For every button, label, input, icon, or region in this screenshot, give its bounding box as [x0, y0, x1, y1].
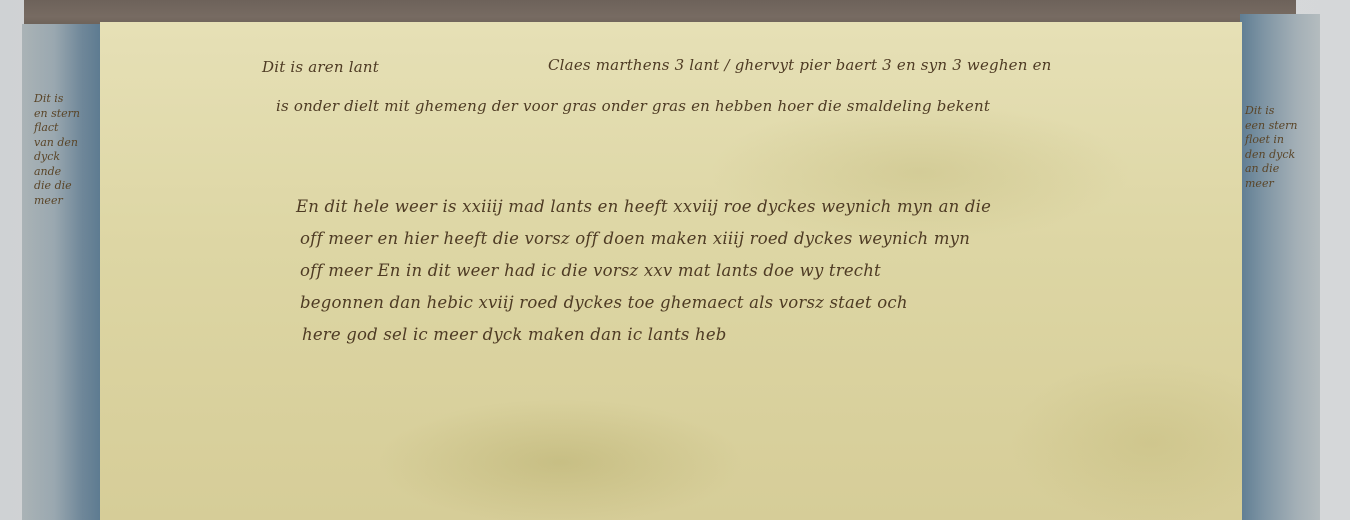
- body-line-1: En dit hele weer is xxiiij mad lants en …: [296, 197, 991, 216]
- left-margin-note: Dit is en stern flact van den dyck ande …: [34, 92, 80, 208]
- left-margin-line: ande: [34, 165, 80, 180]
- right-margin-line: meer: [1245, 177, 1298, 192]
- left-margin-line: en stern: [34, 107, 80, 122]
- left-margin-line: dyck: [34, 150, 80, 165]
- left-margin-line: van den: [34, 136, 80, 151]
- right-margin-line: floet in: [1245, 133, 1298, 148]
- right-blue-border: [1240, 14, 1320, 520]
- right-margin-line: an die: [1245, 162, 1298, 177]
- body-line-4: begonnen dan hebic xviij roed dyckes toe…: [300, 293, 908, 312]
- body-line-2: off meer en hier heeft die vorsz off doe…: [300, 229, 970, 248]
- right-margin-line: den dyck: [1245, 148, 1298, 163]
- body-line-3: off meer En in dit weer had ic die vorsz…: [300, 261, 881, 280]
- heading-line2: is onder dielt mit ghemeng der voor gras…: [276, 97, 990, 115]
- left-margin-line: Dit is: [34, 92, 80, 107]
- heading-line1-left: Dit is aren lant: [262, 58, 379, 76]
- right-margin-line: Dit is: [1245, 104, 1298, 119]
- body-line-5: here god sel ic meer dyck maken dan ic l…: [302, 325, 727, 344]
- right-margin-line: een stern: [1245, 119, 1298, 134]
- left-margin-line: meer: [34, 194, 80, 209]
- left-margin-line: die die: [34, 179, 80, 194]
- right-margin-note: Dit is een stern floet in den dyck an di…: [1245, 104, 1298, 191]
- heading-line1-right: Claes marthens 3 lant / ghervyt pier bae…: [548, 56, 1052, 74]
- left-margin-line: flact: [34, 121, 80, 136]
